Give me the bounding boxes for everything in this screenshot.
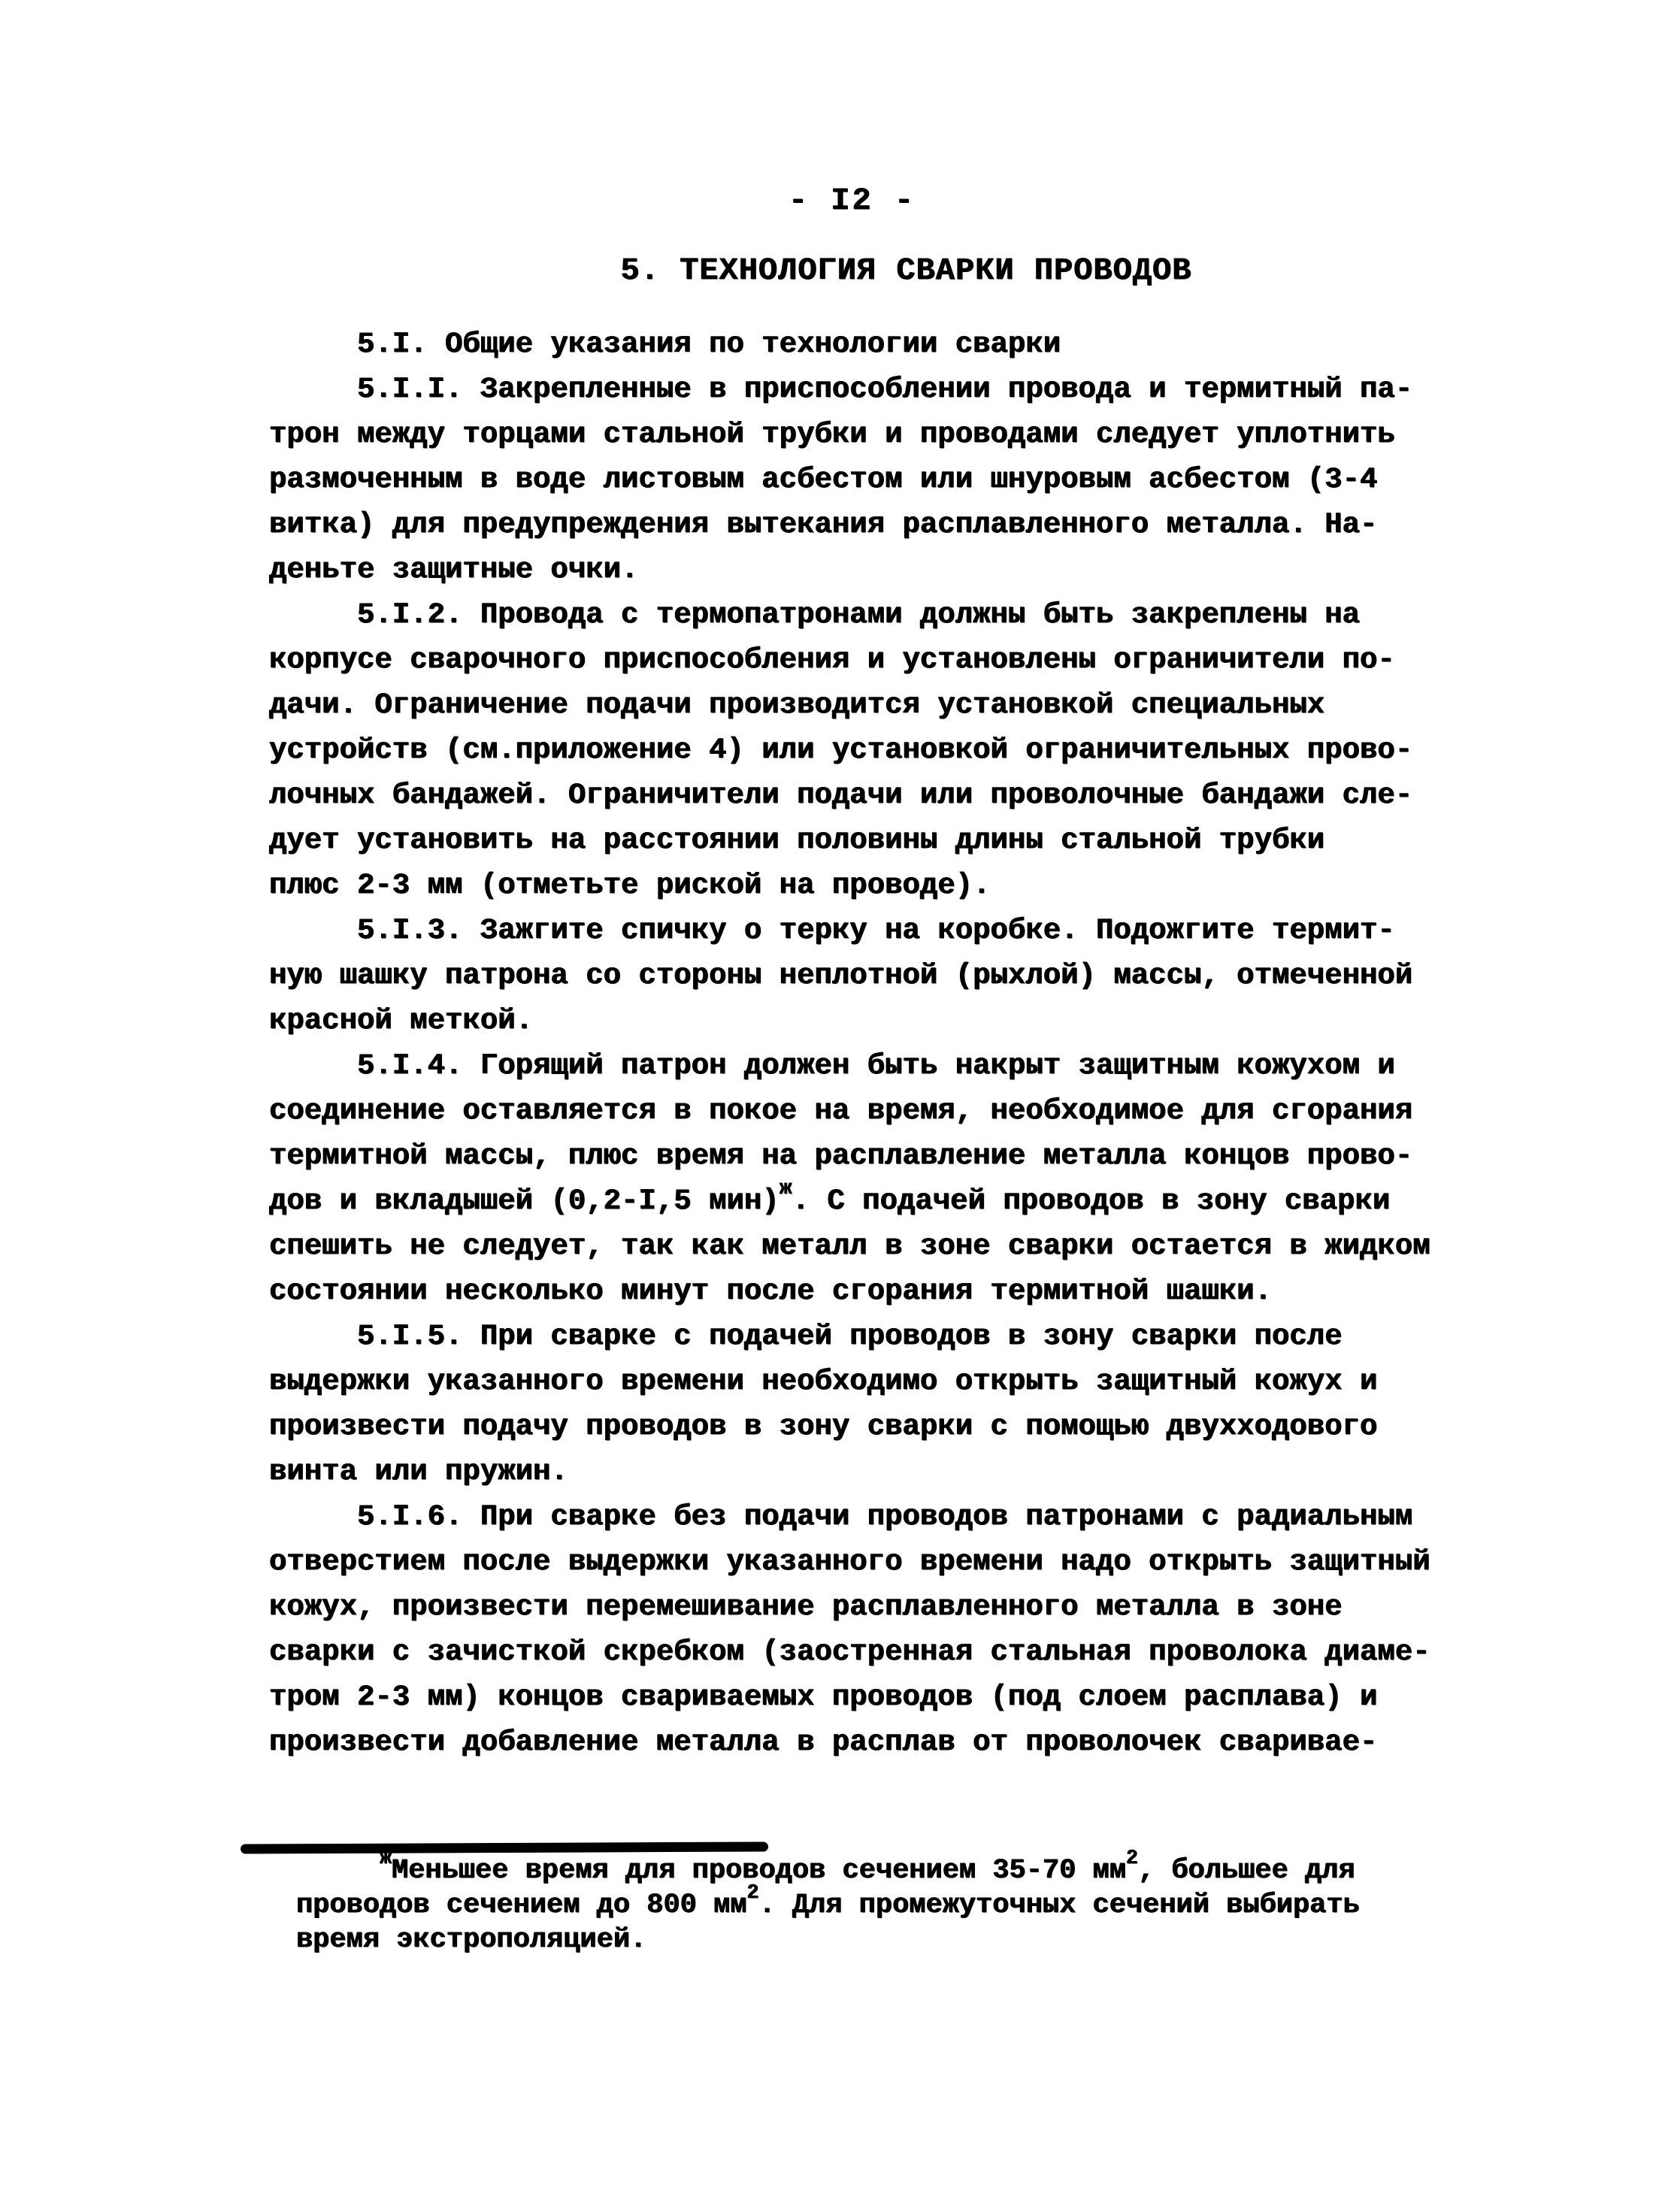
- text-line: ную шашку патрона со стороны неплотной (…: [269, 953, 1502, 998]
- text-line: витка) для предупреждения вытекания расп…: [269, 502, 1502, 547]
- text-line: 5.I.4. Горящий патрон должен быть накрыт…: [269, 1043, 1502, 1088]
- text-line: произвести добавление металла в расплав …: [269, 1720, 1502, 1765]
- footnote-rule: [241, 1841, 768, 1853]
- text-segment: . С подачей проводов в зону сварки: [792, 1185, 1391, 1218]
- text-segment: проводов сечением до 800 мм: [296, 1890, 747, 1921]
- text-segment: [296, 1855, 380, 1887]
- text-line: соединение оставляется в покое на время,…: [269, 1088, 1502, 1133]
- text-line: сварки с зачисткой скребком (заостренная…: [269, 1629, 1502, 1675]
- text-line: дачи. Ограничение подачи производится ус…: [269, 682, 1502, 728]
- text-line: трон между торцами стальной трубки и про…: [269, 412, 1502, 457]
- text-line: деньте защитные очки.: [269, 547, 1502, 592]
- text-line: произвести подачу проводов в зону сварки…: [269, 1404, 1502, 1449]
- text-line: состоянии несколько минут после сгорания…: [269, 1269, 1502, 1314]
- text-line: кожух, произвести перемешивание расплавл…: [269, 1584, 1502, 1629]
- text-line: термитной массы, плюс время на расплавле…: [269, 1133, 1502, 1179]
- text-line: спешить не следует, так как металл в зон…: [269, 1224, 1502, 1269]
- text-segment: дов и вкладышей (0,2-I,5 мин): [269, 1185, 780, 1218]
- text-line: тром 2-3 мм) концов свариваемых проводов…: [269, 1675, 1502, 1720]
- text-segment: . Для промежуточных сечений выбирать: [758, 1890, 1359, 1921]
- text-line: 5.I.6. При сварке без подачи проводов па…: [269, 1494, 1502, 1539]
- text-line: 5.I.5. При сварке с подачей проводов в з…: [269, 1314, 1502, 1359]
- text-line: 5.I.I. Закрепленные в приспособлении про…: [269, 367, 1502, 412]
- text-line: проводов сечением до 800 мм2. Для промеж…: [296, 1888, 1484, 1923]
- text-line: время экстрополяцией.: [296, 1923, 1484, 1957]
- text-line: красной меткой.: [269, 998, 1502, 1043]
- text-segment: Меньшее время для проводов сечением 35-7…: [392, 1855, 1126, 1887]
- text-line: выдержки указанного времени необходимо о…: [269, 1359, 1502, 1404]
- text-line: винта или пружин.: [269, 1449, 1502, 1494]
- document-page: - I2 - 5. ТЕХНОЛОГИЯ СВАРКИ ПРОВОДОВ 5.I…: [0, 0, 1668, 2212]
- section-title: 5. ТЕХНОЛОГИЯ СВАРКИ ПРОВОДОВ: [72, 253, 1668, 289]
- text-line: 5.I. Общие указания по технологии сварки: [269, 322, 1502, 367]
- text-line: жМеньшее время для проводов сечением 35-…: [296, 1853, 1484, 1888]
- text-line: отверстием после выдержки указанного вре…: [269, 1539, 1502, 1584]
- body-text: 5.I. Общие указания по технологии сварки…: [269, 322, 1502, 1765]
- text-segment: , большее для: [1138, 1855, 1355, 1887]
- text-line: дов и вкладышей (0,2-I,5 мин)ж. С подаче…: [269, 1179, 1502, 1224]
- text-line: 5.I.2. Провода с термопатронами должны б…: [269, 592, 1502, 637]
- text-line: устройств (см.приложение 4) или установк…: [269, 728, 1502, 773]
- page-number: - I2 -: [18, 183, 1668, 219]
- text-line: плюс 2-3 мм (отметьте риской на проводе)…: [269, 863, 1502, 908]
- text-line: лочных бандажей. Ограничители подачи или…: [269, 773, 1502, 818]
- text-line: корпусе сварочного приспособления и уста…: [269, 637, 1502, 682]
- text-line: 5.I.3. Зажгите спичку о терку на коробке…: [269, 908, 1502, 953]
- text-line: дует установить на расстоянии половины д…: [269, 818, 1502, 863]
- text-line: размоченным в воде листовым асбестом или…: [269, 457, 1502, 502]
- footnote: жМеньшее время для проводов сечением 35-…: [296, 1853, 1484, 1957]
